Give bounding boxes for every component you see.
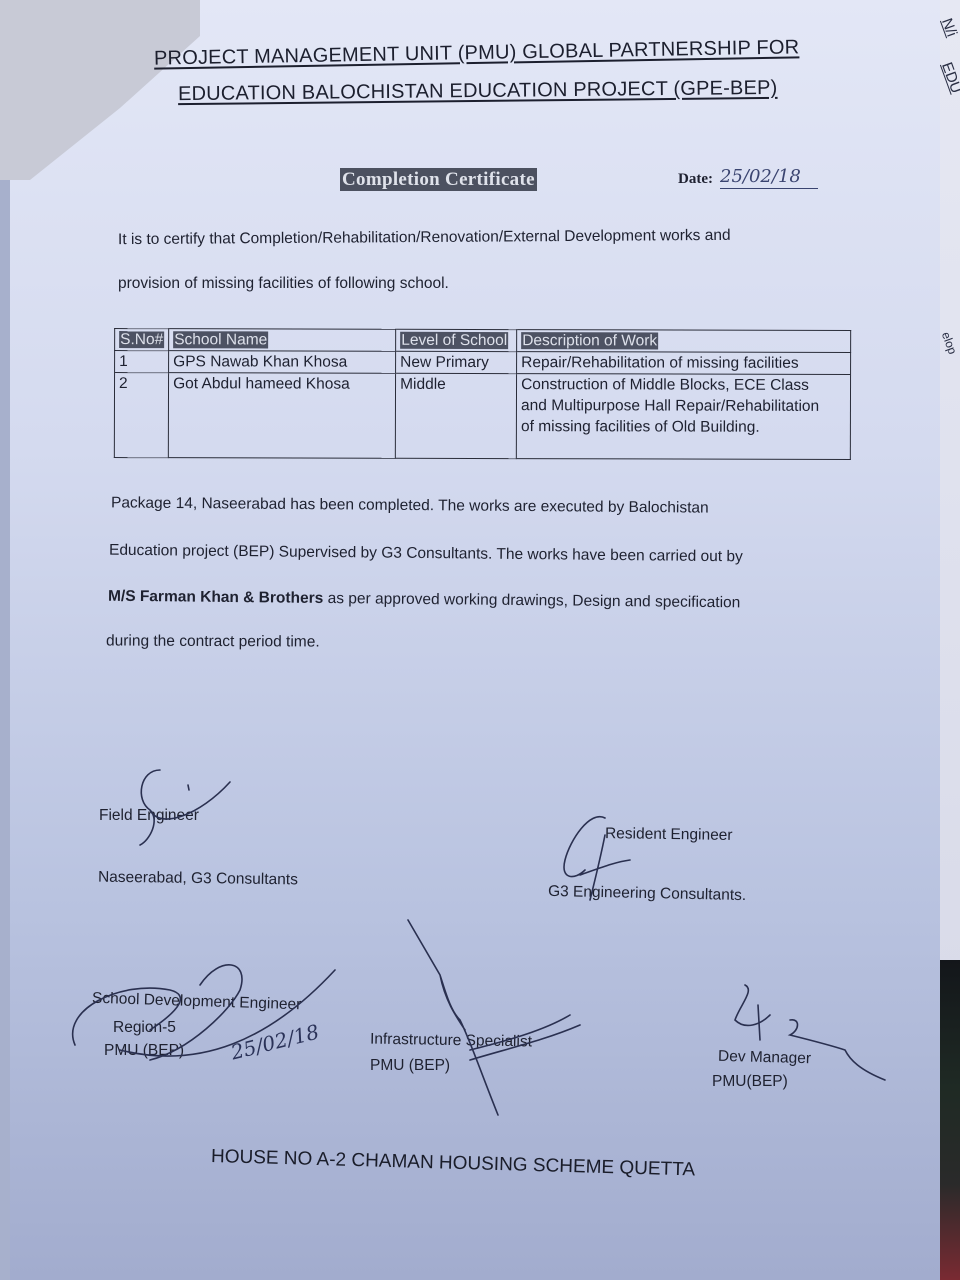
background-surface xyxy=(940,960,960,1280)
header-description: Description of Work xyxy=(517,330,851,353)
school-dev-engineer-org: PMU (BEP) xyxy=(104,1042,184,1060)
date-label: Date: xyxy=(678,171,713,188)
cell-level: Middle xyxy=(395,373,516,458)
cell-sno: 2 xyxy=(114,373,168,458)
cell-sno: 1 xyxy=(115,351,169,373)
infrastructure-specialist-org: PMU (BEP) xyxy=(370,1057,450,1075)
statement-line-4: during the contract period time. xyxy=(106,632,320,651)
date-value-handwritten: 25/02/18 xyxy=(720,166,818,189)
schools-table: S.No# School Name Level of School Descri… xyxy=(114,328,851,460)
intro-line-2: provision of missing facilities of follo… xyxy=(118,275,449,293)
resident-engineer-title: Resident Engineer xyxy=(605,825,733,845)
header-level: Level of School xyxy=(396,329,517,351)
table-row: 2 Got Abdul hameed Khosa Middle Construc… xyxy=(114,373,850,460)
table-row: 1 GPS Nawab Khan Khosa New Primary Repai… xyxy=(115,351,851,375)
header-sno: S.No# xyxy=(115,329,169,351)
cell-level: New Primary xyxy=(396,351,517,373)
cell-description: Repair/Rehabilitation of missing facilit… xyxy=(517,352,851,375)
certificate-title: Completion Certificate xyxy=(340,168,537,191)
table-header-row: S.No# School Name Level of School Descri… xyxy=(115,329,851,353)
cell-description: Construction of Middle Blocks, ECE Class… xyxy=(516,374,850,460)
school-dev-engineer-region: Region-5 xyxy=(113,1019,176,1037)
field-engineer-org: Naseerabad, G3 Consultants xyxy=(98,869,298,890)
header-school-name: School Name xyxy=(169,329,396,352)
dev-manager-org: PMU(BEP) xyxy=(712,1073,788,1091)
dev-manager-title: Dev Manager xyxy=(718,1048,811,1068)
field-engineer-title: Field Engineer xyxy=(99,807,199,825)
infrastructure-specialist-title: Infrastructure Specialist xyxy=(370,1031,532,1052)
contractor-name: M/S Farman Khan & Brothers xyxy=(108,588,323,607)
cell-school: Got Abdul hameed Khosa xyxy=(168,373,395,459)
cell-school: GPS Nawab Khan Khosa xyxy=(169,351,396,374)
